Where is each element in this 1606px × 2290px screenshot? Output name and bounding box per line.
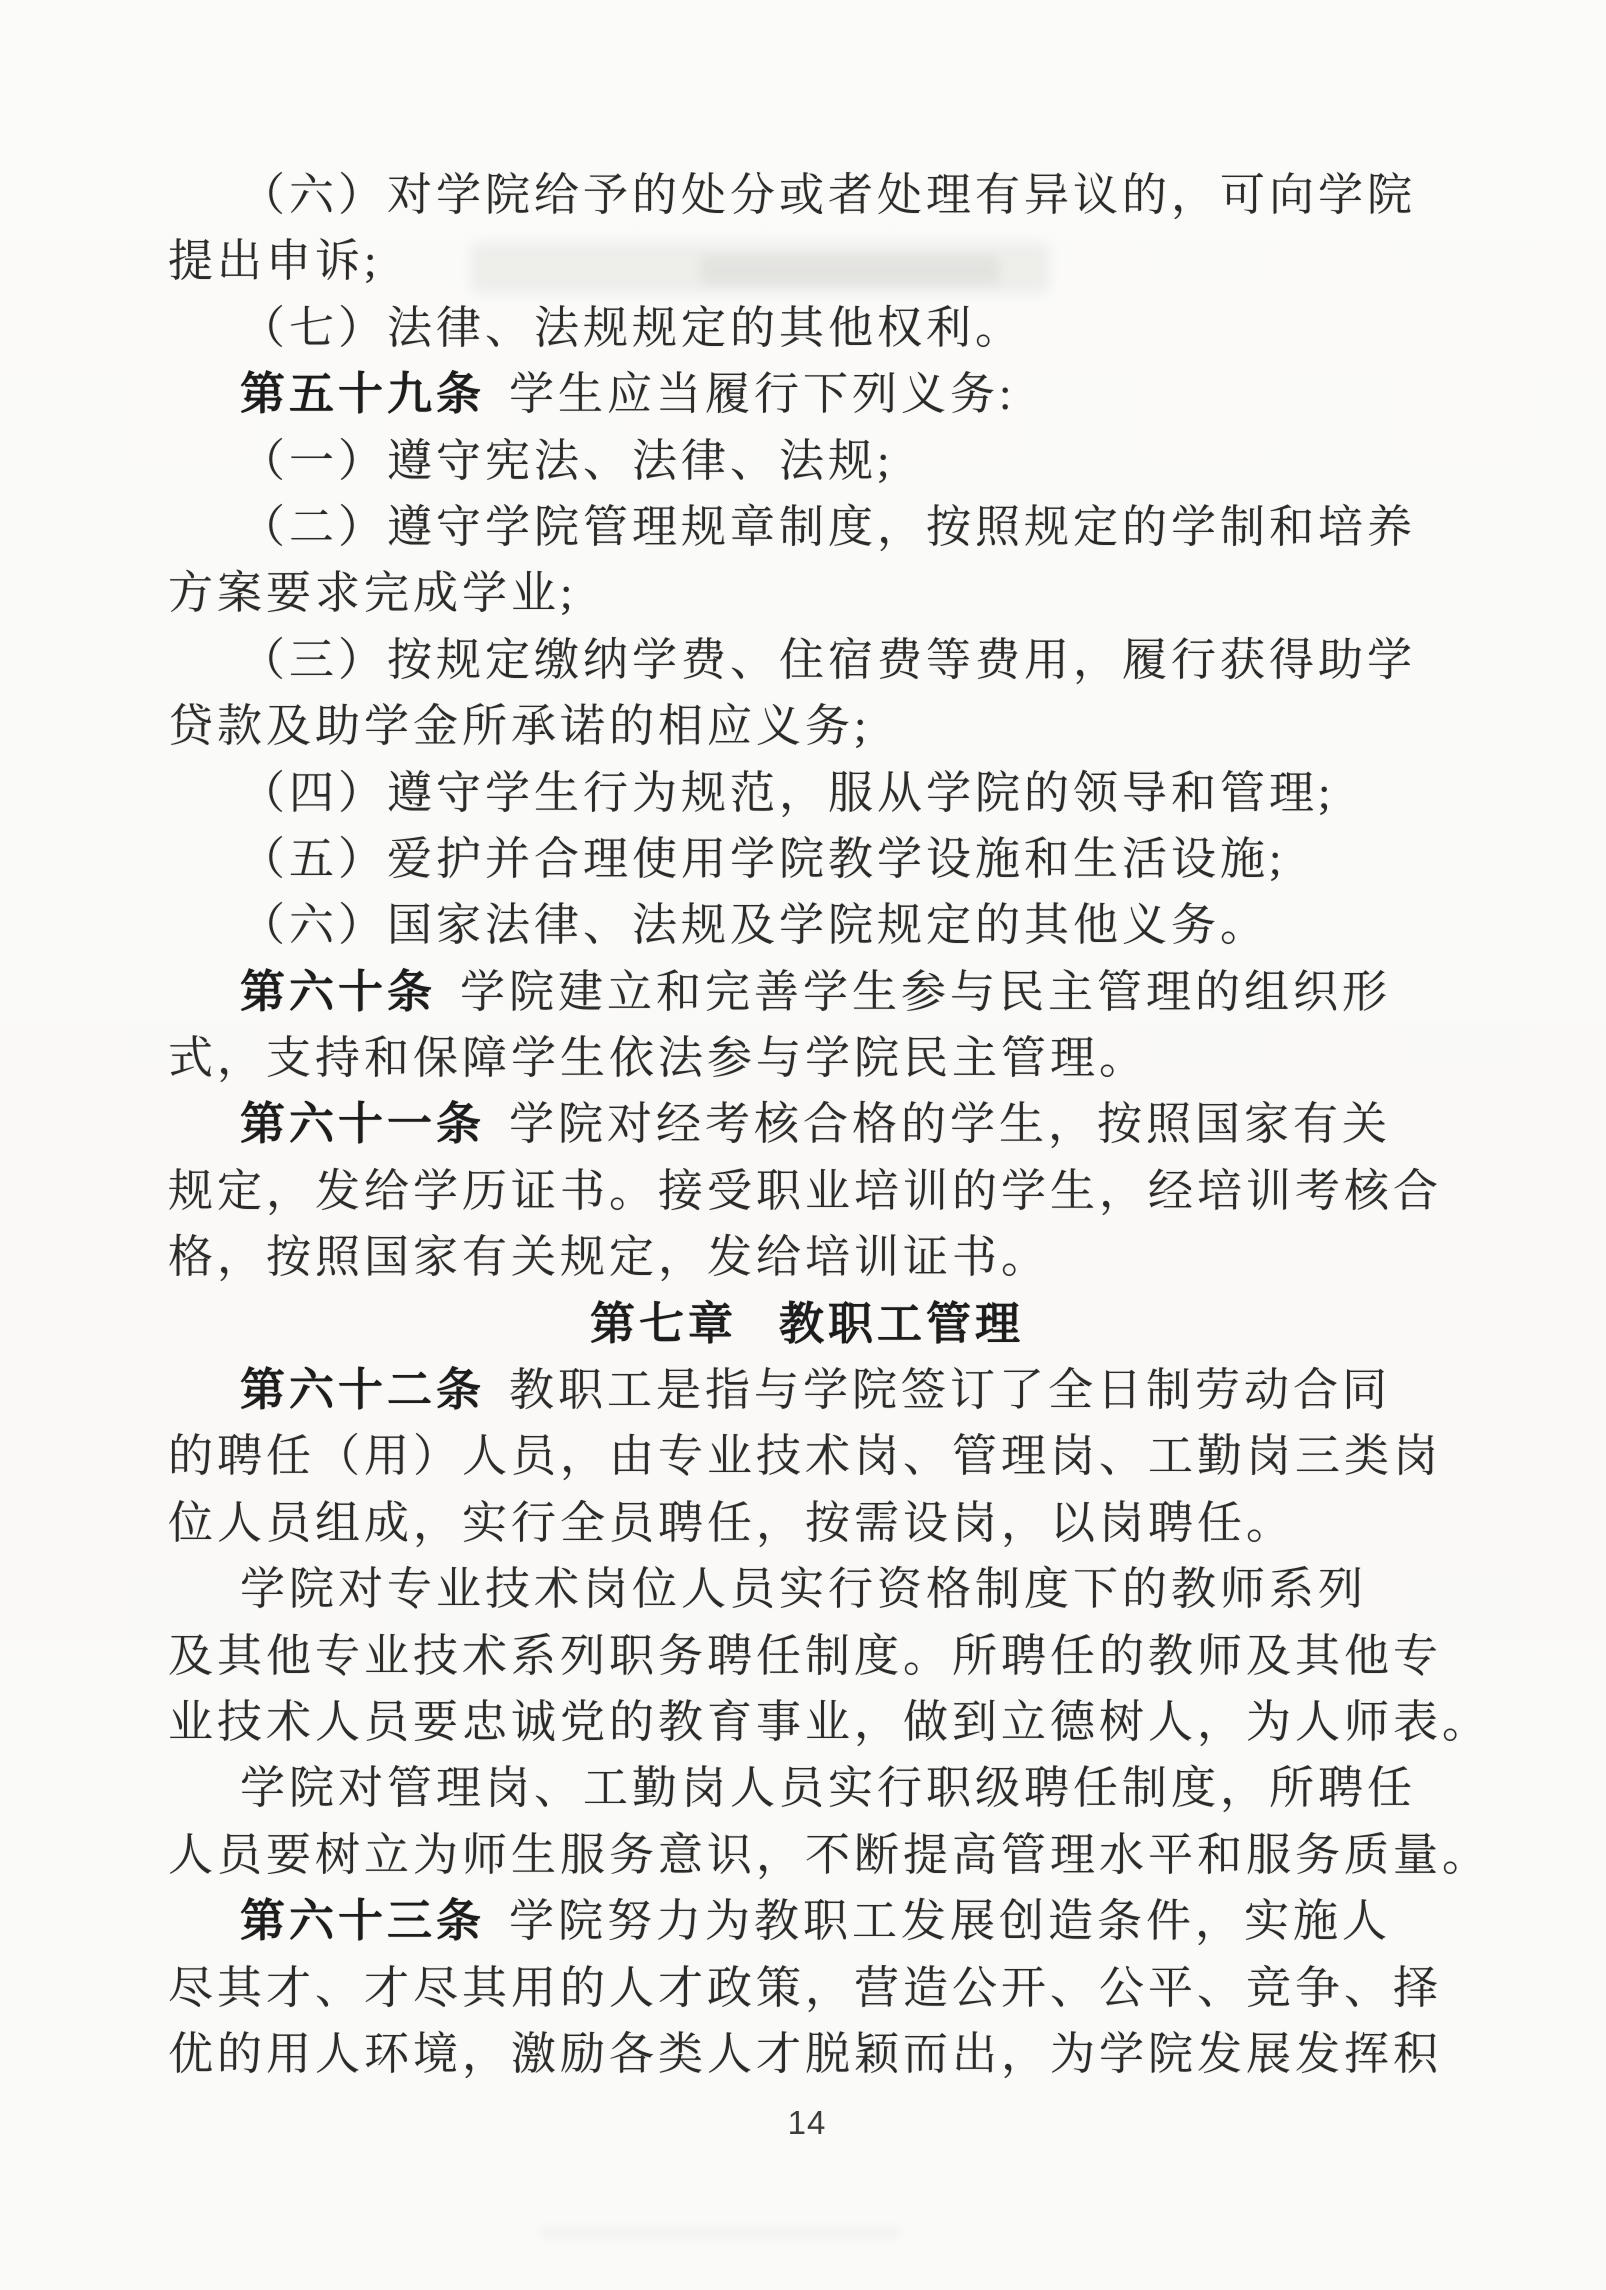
line-text: （二）遵守学院管理规章制度，按照规定的学制和培养 <box>240 502 1416 552</box>
line-text: （六）对学院给予的处分或者处理有异议的，可向学院 <box>240 170 1416 220</box>
text-line: 格，按照国家有关规定，发给培训证书。 <box>168 1224 1446 1290</box>
line-text: 人员要树立为师生服务意识，不断提高管理水平和服务质量。 <box>168 1830 1491 1880</box>
text-line: 方案要求完成学业; <box>168 560 1446 626</box>
text-line: 第六十三条学院努力为教职工发展创造条件，实施人 <box>168 1888 1446 1954</box>
line-text: （六）国家法律、法规及学院规定的其他义务。 <box>240 900 1269 950</box>
text-line: 规定，发给学历证书。接受职业培训的学生，经培训考核合 <box>168 1158 1446 1224</box>
text-line: 贷款及助学金所承诺的相应义务; <box>168 693 1446 759</box>
text-block: （六）对学院给予的处分或者处理有异议的，可向学院提出申诉;（七）法律、法规规定的… <box>168 162 1446 2087</box>
line-text: 规定，发给学历证书。接受职业培训的学生，经培训考核合 <box>168 1166 1442 1216</box>
line-text: 方案要求完成学业; <box>168 568 577 618</box>
article-number: 第五十九条 <box>240 369 485 419</box>
line-text: （五）爱护并合理使用学院教学设施和生活设施; <box>240 834 1286 884</box>
text-line: 业技术人员要忠诚党的教育事业，做到立德树人，为人师表。 <box>168 1689 1446 1755</box>
line-text: 业技术人员要忠诚党的教育事业，做到立德树人，为人师表。 <box>168 1697 1491 1747</box>
text-line: （七）法律、法规规定的其他权利。 <box>168 295 1446 361</box>
text-line: 提出申诉; <box>168 228 1446 294</box>
line-text: 教职工管理 <box>779 1299 1024 1349</box>
scanned-document-page: （六）对学院给予的处分或者处理有异议的，可向学院提出申诉;（七）法律、法规规定的… <box>0 0 1606 2290</box>
line-text: 教职工是指与学院签订了全日制劳动合同 <box>509 1365 1391 1415</box>
line-text: 学院对专业技术岗位人员实行资格制度下的教师系列 <box>240 1564 1367 1614</box>
line-text: 学院建立和完善学生参与民主管理的组织形 <box>460 967 1391 1017</box>
text-line: 第五十九条学生应当履行下列义务: <box>168 361 1446 427</box>
text-line: （二）遵守学院管理规章制度，按照规定的学制和培养 <box>168 494 1446 560</box>
line-text: 格，按照国家有关规定，发给培训证书。 <box>168 1232 1050 1282</box>
article-number: 第六十二条 <box>240 1365 485 1415</box>
text-line: 第六十一条学院对经考核合格的学生，按照国家有关 <box>168 1091 1446 1157</box>
line-text: 尽其才、才尽其用的人才政策，营造公开、公平、竞争、择 <box>168 1963 1442 2013</box>
chapter-number: 第七章 <box>590 1299 737 1349</box>
text-line: （三）按规定缴纳学费、住宿费等费用，履行获得助学 <box>168 627 1446 693</box>
line-text: 及其他专业技术系列职务聘任制度。所聘任的教师及其他专 <box>168 1631 1442 1681</box>
text-line: 学院对管理岗、工勤岗人员实行职级聘任制度，所聘任 <box>168 1755 1446 1821</box>
chapter-heading: 第七章教职工管理 <box>168 1291 1446 1357</box>
text-line: （六）对学院给予的处分或者处理有异议的，可向学院 <box>168 162 1446 228</box>
scan-artifact <box>540 2226 900 2240</box>
line-text: 优的用人环境，激励各类人才脱颖而出，为学院发展发挥积 <box>168 2029 1442 2079</box>
text-line: （四）遵守学生行为规范，服从学院的领导和管理; <box>168 760 1446 826</box>
text-line: 及其他专业技术系列职务聘任制度。所聘任的教师及其他专 <box>168 1623 1446 1689</box>
line-text: 学院对管理岗、工勤岗人员实行职级聘任制度，所聘任 <box>240 1763 1416 1813</box>
page-number: 14 <box>168 2098 1446 2148</box>
line-text: （四）遵守学生行为规范，服从学院的领导和管理; <box>240 768 1335 818</box>
text-line: 第六十条学院建立和完善学生参与民主管理的组织形 <box>168 959 1446 1025</box>
text-line: 人员要树立为师生服务意识，不断提高管理水平和服务质量。 <box>168 1822 1446 1888</box>
text-line: 的聘任（用）人员，由专业技术岗、管理岗、工勤岗三类岗 <box>168 1423 1446 1489</box>
text-line: 第六十二条教职工是指与学院签订了全日制劳动合同 <box>168 1357 1446 1423</box>
line-text: 学生应当履行下列义务: <box>509 369 1016 419</box>
article-number: 第六十条 <box>240 967 436 1017</box>
article-number: 第六十三条 <box>240 1896 485 1946</box>
line-text: 学院对经考核合格的学生，按照国家有关 <box>509 1099 1391 1149</box>
line-text: 式，支持和保障学生依法参与学院民主管理。 <box>168 1033 1148 1083</box>
line-text: 位人员组成，实行全员聘任，按需设岗，以岗聘任。 <box>168 1498 1295 1548</box>
text-line: （六）国家法律、法规及学院规定的其他义务。 <box>168 892 1446 958</box>
text-line: 位人员组成，实行全员聘任，按需设岗，以岗聘任。 <box>168 1490 1446 1556</box>
line-text: 提出申诉; <box>168 236 381 286</box>
line-text: 贷款及助学金所承诺的相应义务; <box>168 701 871 751</box>
line-text: 的聘任（用）人员，由专业技术岗、管理岗、工勤岗三类岗 <box>168 1431 1442 1481</box>
text-line: （五）爱护并合理使用学院教学设施和生活设施; <box>168 826 1446 892</box>
line-text: （三）按规定缴纳学费、住宿费等费用，履行获得助学 <box>240 635 1416 685</box>
line-text: 学院努力为教职工发展创造条件，实施人 <box>509 1896 1391 1946</box>
text-line: （一）遵守宪法、法律、法规; <box>168 428 1446 494</box>
text-line: 学院对专业技术岗位人员实行资格制度下的教师系列 <box>168 1556 1446 1622</box>
text-line: 优的用人环境，激励各类人才脱颖而出，为学院发展发挥积 <box>168 2021 1446 2087</box>
text-line: 尽其才、才尽其用的人才政策，营造公开、公平、竞争、择 <box>168 1955 1446 2021</box>
text-line: 式，支持和保障学生依法参与学院民主管理。 <box>168 1025 1446 1091</box>
line-text: （七）法律、法规规定的其他权利。 <box>240 303 1024 353</box>
article-number: 第六十一条 <box>240 1099 485 1149</box>
line-text: （一）遵守宪法、法律、法规; <box>240 436 894 486</box>
